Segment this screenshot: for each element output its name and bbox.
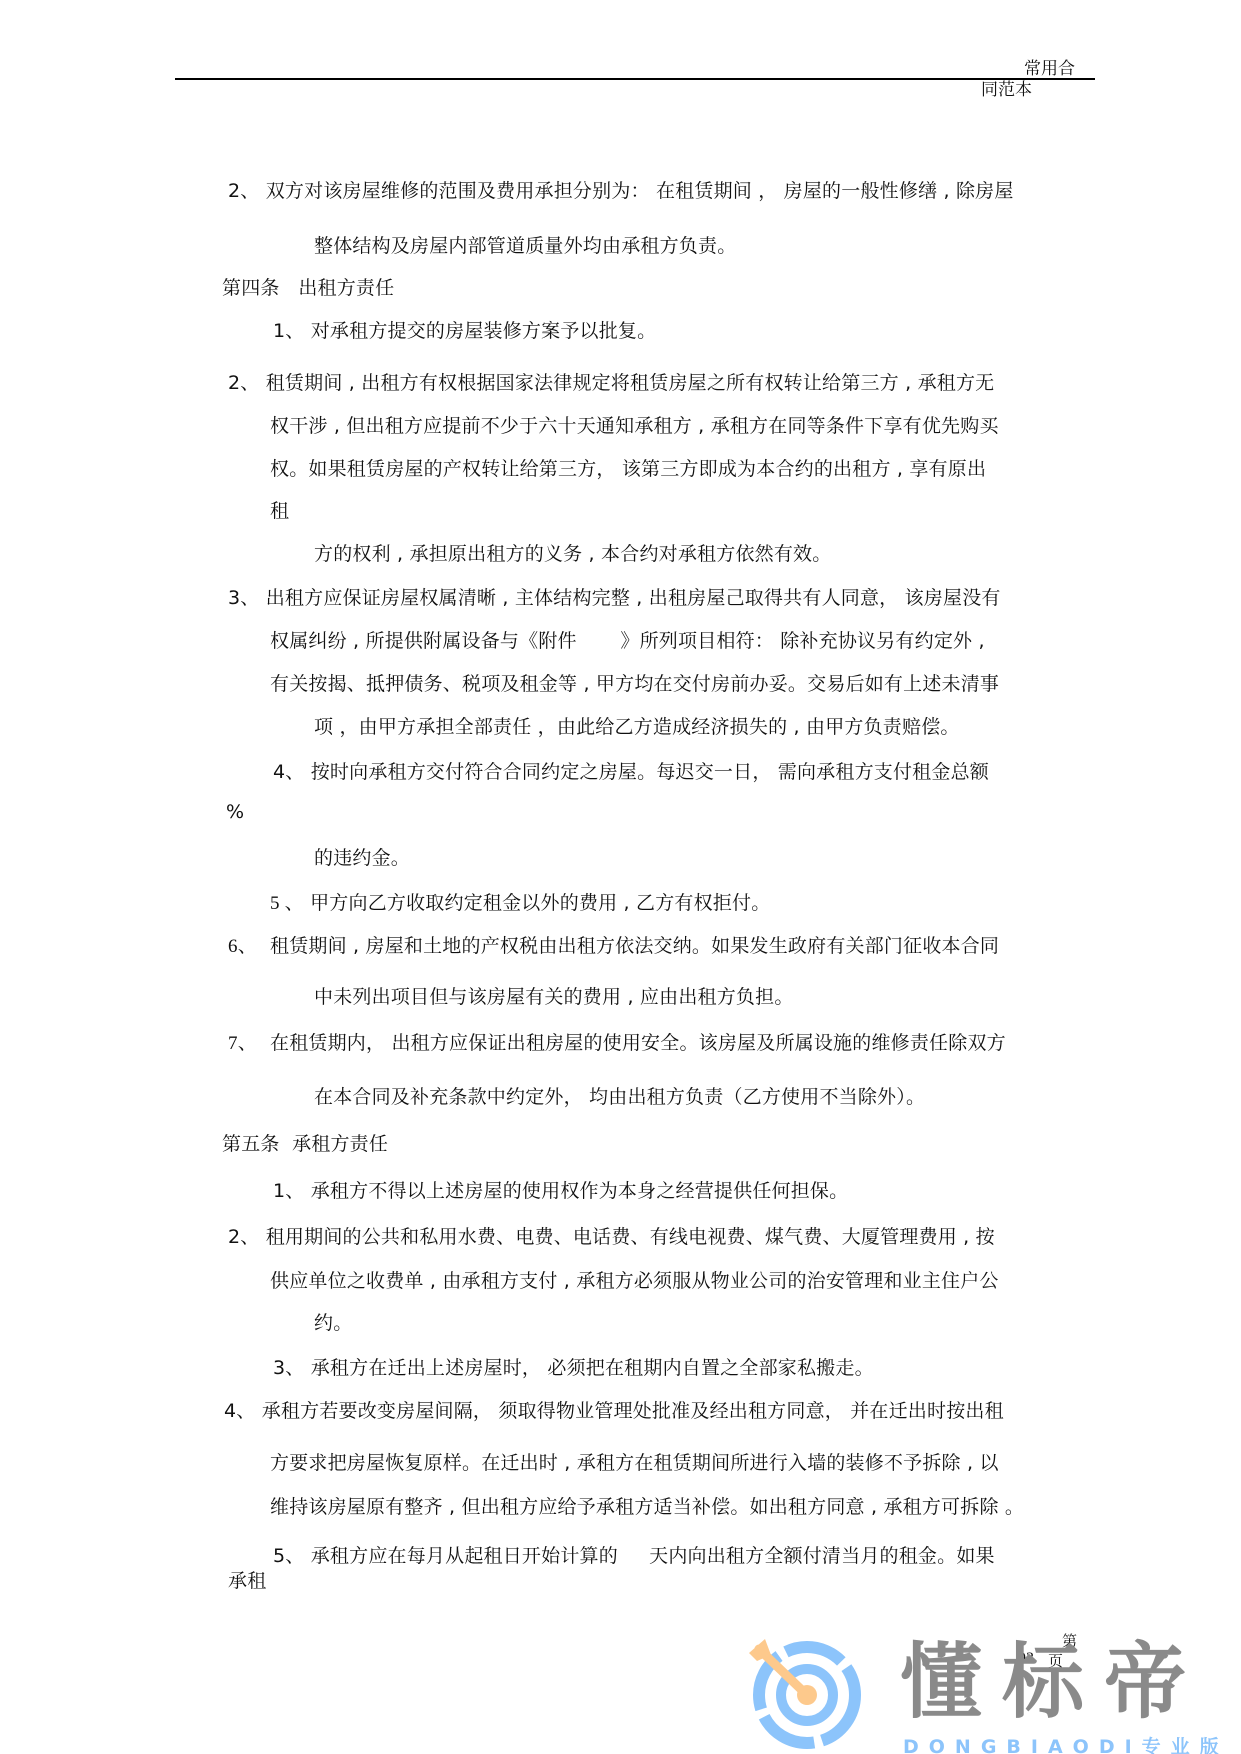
text-line-a4-3c: 有关按揭、抵押债务、税项及租金等 , 甲方均在交付房前办妥。交易后如有上述未清事 <box>270 669 999 696</box>
header-title-line2: 同范本 <box>981 75 1032 100</box>
text-line-a4-6a: 租赁期间 , 房屋和土地的产权税由出租方依法交纳。如果发生政府有关部门征收本合同 <box>270 931 999 958</box>
text-line-a5-2c: 约。 <box>314 1308 352 1335</box>
target-logo-icon <box>745 1635 870 1750</box>
text-line-a4-4a: 4、 按时向承租方交付符合合同约定之房屋。每迟交一日， 需向承租方支付租金总额 <box>273 757 989 784</box>
text-line-p2-a: 2、 双方对该房屋维修的范围及费用承担分别为： 在租赁期间 ， 房屋的一般性修缮… <box>228 176 1014 203</box>
text-line-a5-4c: 维持该房屋原有整齐 , 但出租方应给予承租方适当补偿。如出租方同意 , 承租方可… <box>270 1492 1024 1519</box>
document-page: 常用合 同范本 2、 双方对该房屋维修的范围及费用承担分别为： 在租赁期间 ， … <box>0 0 1241 1754</box>
text-line-a5-4a: 4、 承租方若要改变房屋间隔， 须取得物业管理处批准及经出租方同意， 并在迁出时… <box>224 1396 1004 1423</box>
text-line-a5-4b: 方要求把房屋恢复原样。在迁出时 , 承租方在租赁期间所进行入墙的装修不予拆除 ,… <box>270 1448 999 1475</box>
text-line-a4-4c: 的违约金。 <box>314 843 410 870</box>
text-line-a4-3a: 3、 出租方应保证房屋权属清晰 , 主体结构完整 , 出租房屋己取得共有人同意，… <box>228 583 1001 610</box>
watermark-subtitle: DONGBIAODI专业版 <box>903 1732 1229 1754</box>
header-rule <box>175 78 1095 80</box>
text-line-a4-2c: 权。如果租赁房屋的产权转让给第三方， 该第三方即成为本合约的出租方 , 享有原出 <box>270 454 986 481</box>
numbered-line-a4-5: 5 、 甲方向乙方收取约定租金以外的费用 , 乙方有权拒付。 <box>270 888 770 915</box>
list-number: 6、 <box>228 936 257 957</box>
text-line-art4-title: 第四条 出租方责任 <box>222 273 394 300</box>
text-line-art5-title: 第五条 承租方责任 <box>222 1129 388 1156</box>
text-line-a5-2a: 2、 租用期间的公共和私用水费、电费、电话费、有线电视费、煤气费、大厦管理费用 … <box>228 1222 995 1249</box>
text-line-a5-2b: 供应单位之收费单 , 由承租方支付 , 承租方必须服从物业公司的治安管理和业主住… <box>270 1266 999 1293</box>
text-line-a4-2e: 方的权利 , 承担原出租方的义务 , 本合约对承租方依然有效。 <box>314 539 831 566</box>
text-line-a4-6b: 中未列出项目但与该房屋有关的费用 , 应由出租方负担。 <box>314 982 794 1009</box>
text-line-p2-b: 整体结构及房屋内部管道质量外均由承租方负责。 <box>314 231 736 258</box>
list-number: 7、 <box>228 1033 257 1054</box>
text-line-a5-3: 3、 承租方在迁出上述房屋时， 必须把在租期内自置之全部家私搬走。 <box>273 1353 874 1380</box>
text-line-a5-5b: 承租 <box>228 1566 266 1593</box>
list-number: 5 、 <box>270 893 304 914</box>
watermark-title: 懂标帝 <box>900 1642 1206 1724</box>
text-line-a4-3b: 权属纠纷 , 所提供附属设备与《附件 》所列项目相符： 除补充协议另有约定外 , <box>270 626 985 653</box>
text-line-a4-4b: % <box>226 801 244 823</box>
text-line-a4-2a: 2、 租赁期间 , 出租方有权根据国家法律规定将租赁房屋之所有权转让给第三方 ,… <box>228 368 994 395</box>
text-line-a4-7a: 在租赁期内， 出租方应保证出租房屋的使用安全。该房屋及所属设施的维修责任除双方 <box>270 1028 1006 1055</box>
watermark: 懂标帝 DONGBIAODI专业版 <box>745 1620 1241 1754</box>
numbered-line-a4-7-num: 7、 <box>228 1028 257 1055</box>
text-line-a4-2d: 租 <box>270 496 289 523</box>
numbered-line-a4-6-num: 6、 <box>228 931 257 958</box>
list-text: 甲方向乙方收取约定租金以外的费用 , 乙方有权拒付。 <box>304 892 771 914</box>
text-line-a5-5a: 5、 承租方应在每月从起租日开始计算的 天内向出租方全额付清当月的租金。如果 <box>273 1541 995 1568</box>
text-line-a4-2b: 权干涉 , 但出租方应提前不少于六十天通知承租方 , 承租方在同等条件下享有优先… <box>270 411 999 438</box>
text-line-a4-7b: 在本合同及补充条款中约定外， 均由出租方负责（乙方使用不当除外）。 <box>314 1082 925 1109</box>
text-line-a5-1: 1、 承租方不得以上述房屋的使用权作为本身之经营提供任何担保。 <box>273 1176 848 1203</box>
text-line-a4-3d: 项 ，由甲方承担全部责任 ，由此给乙方造成经济损失的 , 由甲方负责赔偿。 <box>314 712 960 739</box>
text-line-a4-1: 1、 对承租方提交的房屋装修方案予以批复。 <box>273 316 656 343</box>
